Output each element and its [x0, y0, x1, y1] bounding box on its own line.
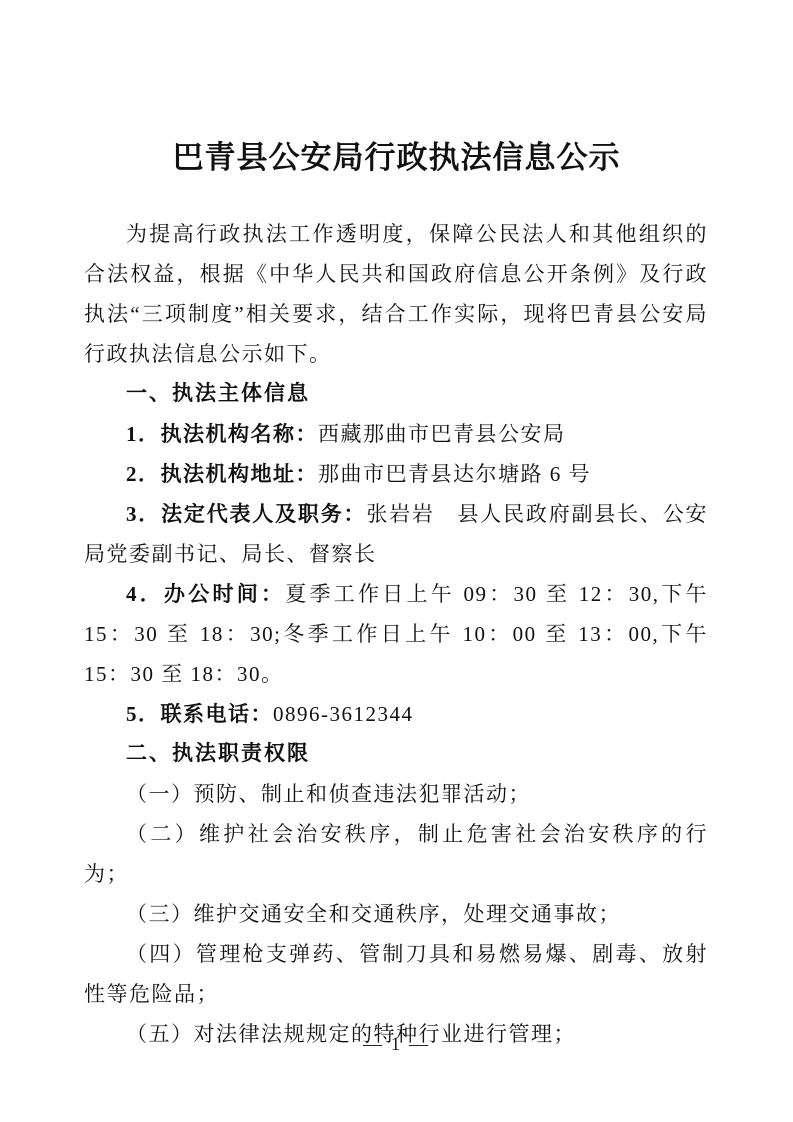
section1-item-4-label: 4．办公时间：: [126, 582, 285, 606]
section1-item-2-value: 那曲市巴青县达尔塘路 6 号: [318, 462, 591, 486]
section2-item-2: （二）维护社会治安秩序，制止危害社会治安秩序的行为；: [84, 814, 708, 894]
section1-item-3: 3．法定代表人及职务：张岩岩 县人民政府副县长、公安局党委副书记、局长、督察长: [84, 494, 708, 574]
section1-item-2: 2．执法机构地址：那曲市巴青县达尔塘路 6 号: [84, 454, 708, 494]
document-body: 为提高行政执法工作透明度，保障公民法人和其他组织的合法权益，根据《中华人民共和国…: [84, 214, 708, 1054]
page-number: — 1 —: [0, 1034, 793, 1056]
section2-heading: 二、执法职责权限: [84, 734, 708, 774]
section2-item-1: （一）预防、制止和侦查违法犯罪活动；: [84, 774, 708, 814]
section1-item-1: 1．执法机构名称：西藏那曲市巴青县公安局: [84, 414, 708, 454]
section1-item-4: 4．办公时间：夏季工作日上午 09：30 至 12：30,下午 15：30 至 …: [84, 574, 708, 694]
section1-item-5-label: 5．联系电话：: [126, 702, 273, 726]
section2-item-4: （四）管理枪支弹药、管制刀具和易燃易爆、剧毒、放射性等危险品；: [84, 934, 708, 1014]
section1-item-1-value: 西藏那曲市巴青县公安局: [318, 422, 566, 446]
intro-paragraph: 为提高行政执法工作透明度，保障公民法人和其他组织的合法权益，根据《中华人民共和国…: [84, 214, 708, 374]
section1-item-5-value: 0896-3612344: [273, 702, 414, 726]
document-page: 巴青县公安局行政执法信息公示 为提高行政执法工作透明度，保障公民法人和其他组织的…: [0, 0, 793, 1122]
section1-item-1-label: 1．执法机构名称：: [126, 422, 318, 446]
document-title: 巴青县公安局行政执法信息公示: [0, 0, 793, 182]
section1-item-5: 5．联系电话：0896-3612344: [84, 694, 708, 734]
section1-item-2-label: 2．执法机构地址：: [126, 462, 318, 486]
section1-heading: 一、执法主体信息: [84, 374, 708, 414]
section1-item-3-label: 3．法定代表人及职务：: [126, 502, 366, 526]
section2-item-3: （三）维护交通安全和交通秩序，处理交通事故；: [84, 894, 708, 934]
